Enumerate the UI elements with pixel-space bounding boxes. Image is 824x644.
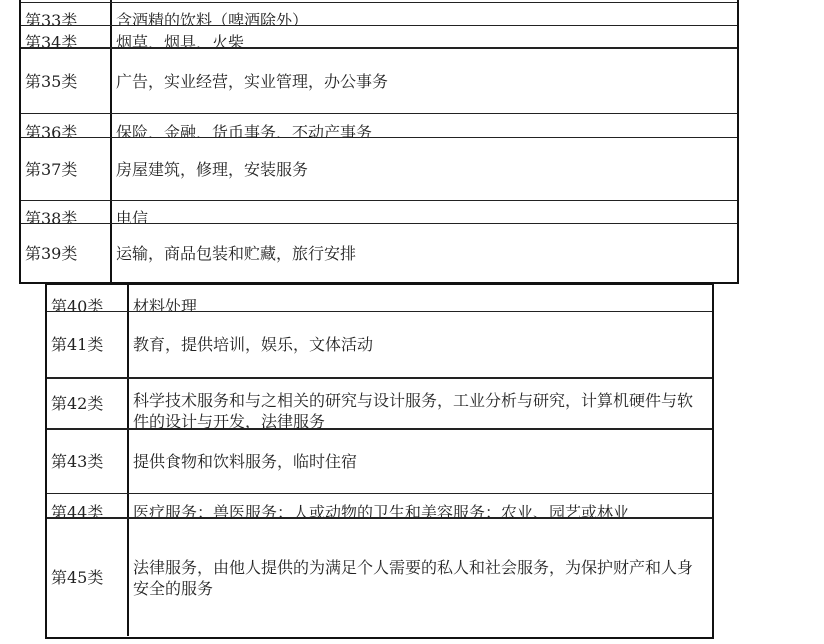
table-row: 第39类 运输，商品包装和贮藏，旅行安排 bbox=[21, 224, 737, 282]
class-number: 第35类 bbox=[21, 49, 110, 113]
class-number: 第41类 bbox=[47, 312, 127, 377]
class-description: 科学技术服务和与之相关的研究与设计服务，工业分析与研究，计算机硬件与软件的设计与… bbox=[127, 379, 712, 428]
table-row: 第43类 提供食物和饮料服务，临时住宿 bbox=[47, 430, 712, 494]
class-number: 第39类 bbox=[21, 224, 110, 282]
table-row: 第35类 广告，实业经营，实业管理，办公事务 bbox=[21, 49, 737, 114]
class-number: 第33类 bbox=[21, 3, 110, 25]
class-description: 法律服务，由他人提供的为满足个人需要的私人和社会服务，为保护财产和人身安全的服务 bbox=[127, 519, 712, 636]
table-row: 第41类 教育，提供培训，娱乐，文体活动 bbox=[47, 312, 712, 379]
class-number: 第40类 bbox=[47, 285, 127, 311]
table-row: 第40类 材料处理 bbox=[47, 285, 712, 312]
table-row: 第37类 房屋建筑，修理，安装服务 bbox=[21, 138, 737, 201]
class-description: 提供食物和饮料服务，临时住宿 bbox=[127, 430, 712, 493]
class-number: 第37类 bbox=[21, 138, 110, 200]
class-description: 烟草，烟具，火柴 bbox=[110, 26, 737, 47]
table-row: 第44类 医疗服务；兽医服务；人或动物的卫生和美容服务；农业、园艺或林业 bbox=[47, 494, 712, 519]
class-number: 第44类 bbox=[47, 494, 127, 517]
class-number: 第43类 bbox=[47, 430, 127, 493]
class-description: 材料处理 bbox=[127, 285, 712, 311]
class-description: 保险，金融，货币事务，不动产事务 bbox=[110, 114, 737, 137]
class-description: 电信 bbox=[110, 201, 737, 223]
class-description: 医疗服务；兽医服务；人或动物的卫生和美容服务；农业、园艺或林业 bbox=[127, 494, 712, 517]
class-description: 广告，实业经营，实业管理，办公事务 bbox=[110, 49, 737, 113]
table-row: 第33类 含酒精的饮料（啤酒除外） bbox=[21, 3, 737, 26]
table-row: 第45类 法律服务，由他人提供的为满足个人需要的私人和社会服务，为保护财产和人身… bbox=[47, 519, 712, 636]
class-number: 第36类 bbox=[21, 114, 110, 137]
class-number: 第42类 bbox=[47, 379, 127, 428]
table-row: 第42类 科学技术服务和与之相关的研究与设计服务，工业分析与研究，计算机硬件与软… bbox=[47, 379, 712, 430]
class-number: 第45类 bbox=[47, 519, 127, 636]
class-number bbox=[21, 0, 110, 2]
trademark-class-table-top: 啤酒，矿泉水和汽水以及其他不含酒精的饮料 第33类 含酒精的饮料（啤酒除外） 第… bbox=[19, 0, 739, 284]
class-description: 啤酒，矿泉水和汽水以及其他不含酒精的饮料 bbox=[110, 0, 737, 2]
class-description: 教育，提供培训，娱乐，文体活动 bbox=[127, 312, 712, 377]
table-row: 第36类 保险，金融，货币事务，不动产事务 bbox=[21, 114, 737, 138]
class-number: 第38类 bbox=[21, 201, 110, 223]
class-description: 运输，商品包装和贮藏，旅行安排 bbox=[110, 224, 737, 282]
table-row: 第34类 烟草，烟具，火柴 bbox=[21, 26, 737, 49]
class-description: 房屋建筑，修理，安装服务 bbox=[110, 138, 737, 200]
class-description: 含酒精的饮料（啤酒除外） bbox=[110, 3, 737, 25]
trademark-class-table-bottom: 第40类 材料处理 第41类 教育，提供培训，娱乐，文体活动 第42类 科学技术… bbox=[45, 283, 714, 639]
class-number: 第34类 bbox=[21, 26, 110, 47]
table-row: 第38类 电信 bbox=[21, 201, 737, 224]
